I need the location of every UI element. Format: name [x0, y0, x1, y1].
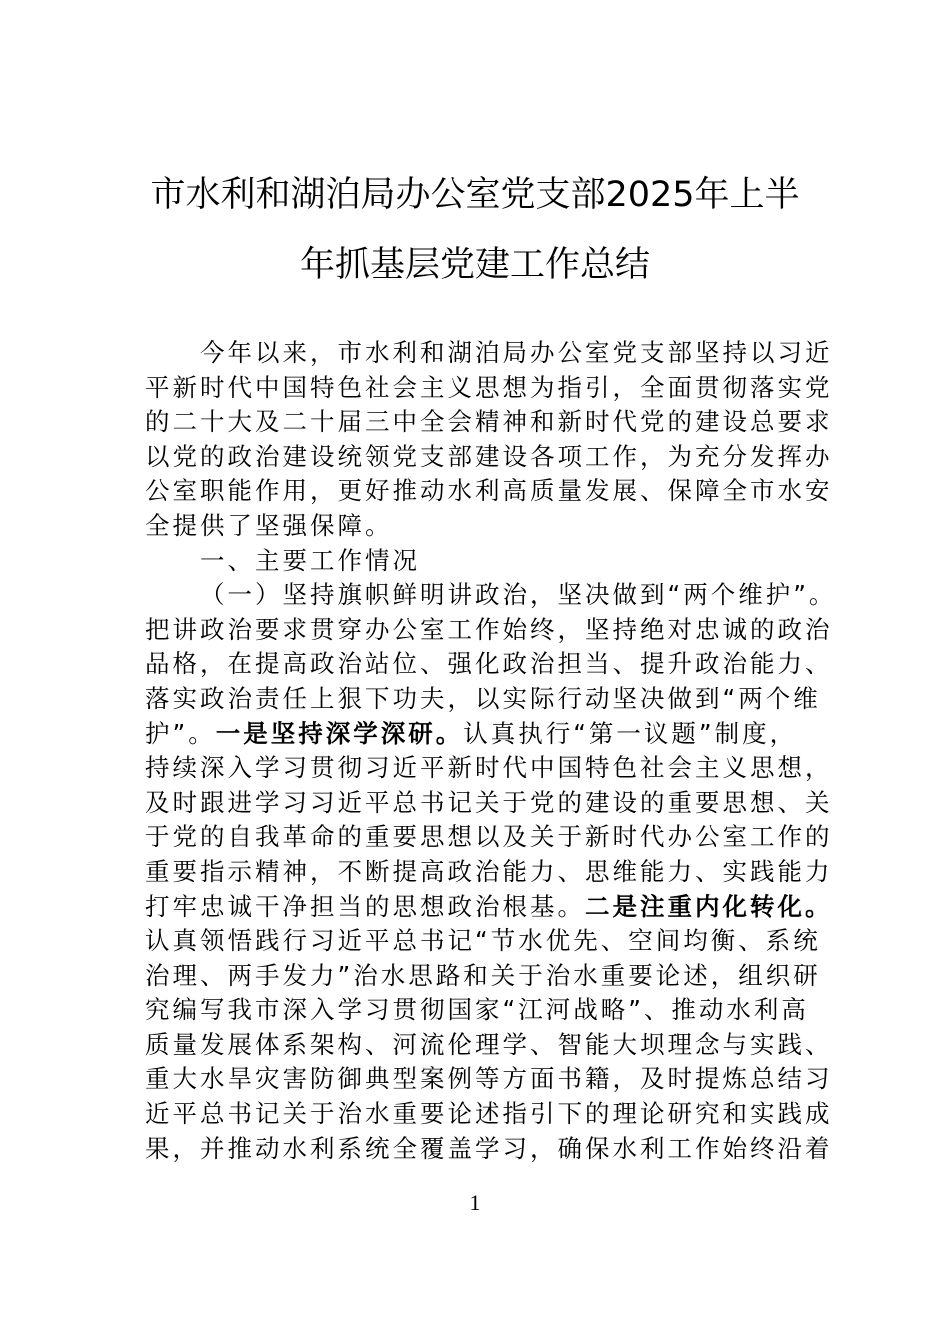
body-text: 品格，在提高政治站位、强化政治担当、提升政治能力、 [145, 649, 833, 678]
paragraph-line: 于党的自我革命的重要思想以及关于新时代办公室工作的 [145, 820, 825, 855]
paragraph-line: （一）坚持旗帜鲜明讲政治，坚决做到“两个维护”。 [145, 578, 825, 613]
body-text: 落实政治责任上狠下功夫，以实际行动坚决做到“两个维 [145, 684, 821, 713]
paragraph-line: 的二十大及二十届三中全会精神和新时代党的建设总要求 [145, 405, 825, 440]
body-text: 把讲政治要求贯穿办公室工作始终，坚持绝对忠诚的政治 [145, 615, 833, 644]
paragraph-line: 质量发展体系架构、河流伦理学、智能大坝理念与实践、 [145, 1028, 825, 1063]
paragraph-line: 打牢忠诚干净担当的思想政治根基。二是注重内化转化。 [145, 890, 825, 925]
paragraph-line: 重大水旱灾害防御典型案例等方面书籍，及时提炼总结习 [145, 1062, 825, 1097]
body-text: 质量发展体系架构、河流伦理学、智能大坝理念与实践、 [145, 1030, 833, 1059]
paragraph-line: 落实政治责任上狠下功夫，以实际行动坚决做到“两个维 [145, 682, 825, 717]
page-number: 1 [0, 1190, 950, 1216]
paragraph-line: 全提供了坚强保障。 [145, 509, 825, 544]
paragraph-line: 持续深入学习贯彻习近平新时代中国特色社会主义思想， [145, 751, 825, 786]
paragraph-line: 究编写我市深入学习贯彻国家“江河战略”、推动水利高 [145, 993, 825, 1028]
body-text: 护”。 [145, 719, 216, 748]
body-text: 重大水旱灾害防御典型案例等方面书籍，及时提炼总结习 [145, 1064, 833, 1093]
document-page: 市水利和湖泊局办公室党支部2025年上半 年抓基层党建工作总结 今年以来，市水利… [0, 0, 950, 1344]
body-text: 打牢忠诚干净担当的思想政治根基。 [145, 892, 585, 921]
bold-heading-text: 一是坚持深学深研。 [216, 719, 464, 748]
paragraph-line: 公室职能作用，更好推动水利高质量发展、保障全市水安 [145, 474, 825, 509]
body-text: 今年以来，市水利和湖泊局办公室党支部坚持以习近 [200, 338, 833, 367]
paragraph-line: 今年以来，市水利和湖泊局办公室党支部坚持以习近 [145, 336, 825, 371]
body-text: 近平总书记关于治水重要论述指引下的理论研究和实践成 [145, 1099, 833, 1128]
body-text: 公室职能作用，更好推动水利高质量发展、保障全市水安 [145, 476, 833, 505]
body-text: 持续深入学习贯彻习近平新时代中国特色社会主义思想， [145, 753, 833, 782]
paragraph-line: 治理、两手发力”治水思路和关于治水重要论述，组织研 [145, 959, 825, 994]
paragraph-line: 近平总书记关于治水重要论述指引下的理论研究和实践成 [145, 1097, 825, 1132]
body-text: 治理、两手发力”治水思路和关于治水重要论述，组织研 [145, 961, 821, 990]
body-text: 认真领悟践行习近平总书记“节水优先、空间均衡、系统 [145, 926, 821, 955]
body-text: 以党的政治建设统领党支部建设各项工作，为充分发挥办 [145, 442, 833, 471]
paragraph-line: 一、主要工作情况 [145, 544, 825, 579]
body-text: 及时跟进学习习近平总书记关于党的建设的重要思想、关 [145, 788, 833, 817]
paragraph-line: 品格，在提高政治站位、强化政治担当、提升政治能力、 [145, 647, 825, 682]
document-title-line-2: 年抓基层党建工作总结 [0, 245, 950, 285]
paragraph-line: 果，并推动水利系统全覆盖学习，确保水利工作始终沿着 [145, 1132, 825, 1167]
document-title-line-1: 市水利和湖泊局办公室党支部2025年上半 [0, 175, 950, 215]
body-text: 于党的自我革命的重要思想以及关于新时代办公室工作的 [145, 822, 833, 851]
body-text: 究编写我市深入学习贯彻国家“江河战略”、推动水利高 [145, 995, 809, 1024]
body-text: 平新时代中国特色社会主义思想为指引，全面贯彻落实党 [145, 373, 833, 402]
body-text: 认真执行“第一议题”制度， [463, 719, 797, 748]
paragraph-line: 平新时代中国特色社会主义思想为指引，全面贯彻落实党 [145, 371, 825, 406]
document-body: 今年以来，市水利和湖泊局办公室党支部坚持以习近平新时代中国特色社会主义思想为指引… [145, 336, 825, 1166]
bold-heading-text: 二是注重内化转化。 [585, 892, 833, 921]
paragraph-line: 重要指示精神，不断提高政治能力、思维能力、实践能力 [145, 855, 825, 890]
body-text: 果，并推动水利系统全覆盖学习，确保水利工作始终沿着 [145, 1134, 833, 1163]
body-text: 一、主要工作情况 [200, 546, 420, 575]
paragraph-line: 以党的政治建设统领党支部建设各项工作，为充分发挥办 [145, 440, 825, 475]
paragraph-line: 及时跟进学习习近平总书记关于党的建设的重要思想、关 [145, 786, 825, 821]
paragraph-line: 把讲政治要求贯穿办公室工作始终，坚持绝对忠诚的政治 [145, 613, 825, 648]
body-text: （一）坚持旗帜鲜明讲政治，坚决做到“两个维护”。 [200, 580, 836, 609]
body-text: 重要指示精神，不断提高政治能力、思维能力、实践能力 [145, 857, 833, 886]
body-text: 的二十大及二十届三中全会精神和新时代党的建设总要求 [145, 407, 833, 436]
paragraph-line: 认真领悟践行习近平总书记“节水优先、空间均衡、系统 [145, 924, 825, 959]
paragraph-line: 护”。一是坚持深学深研。认真执行“第一议题”制度， [145, 717, 825, 752]
body-text: 全提供了坚强保障。 [145, 511, 393, 540]
